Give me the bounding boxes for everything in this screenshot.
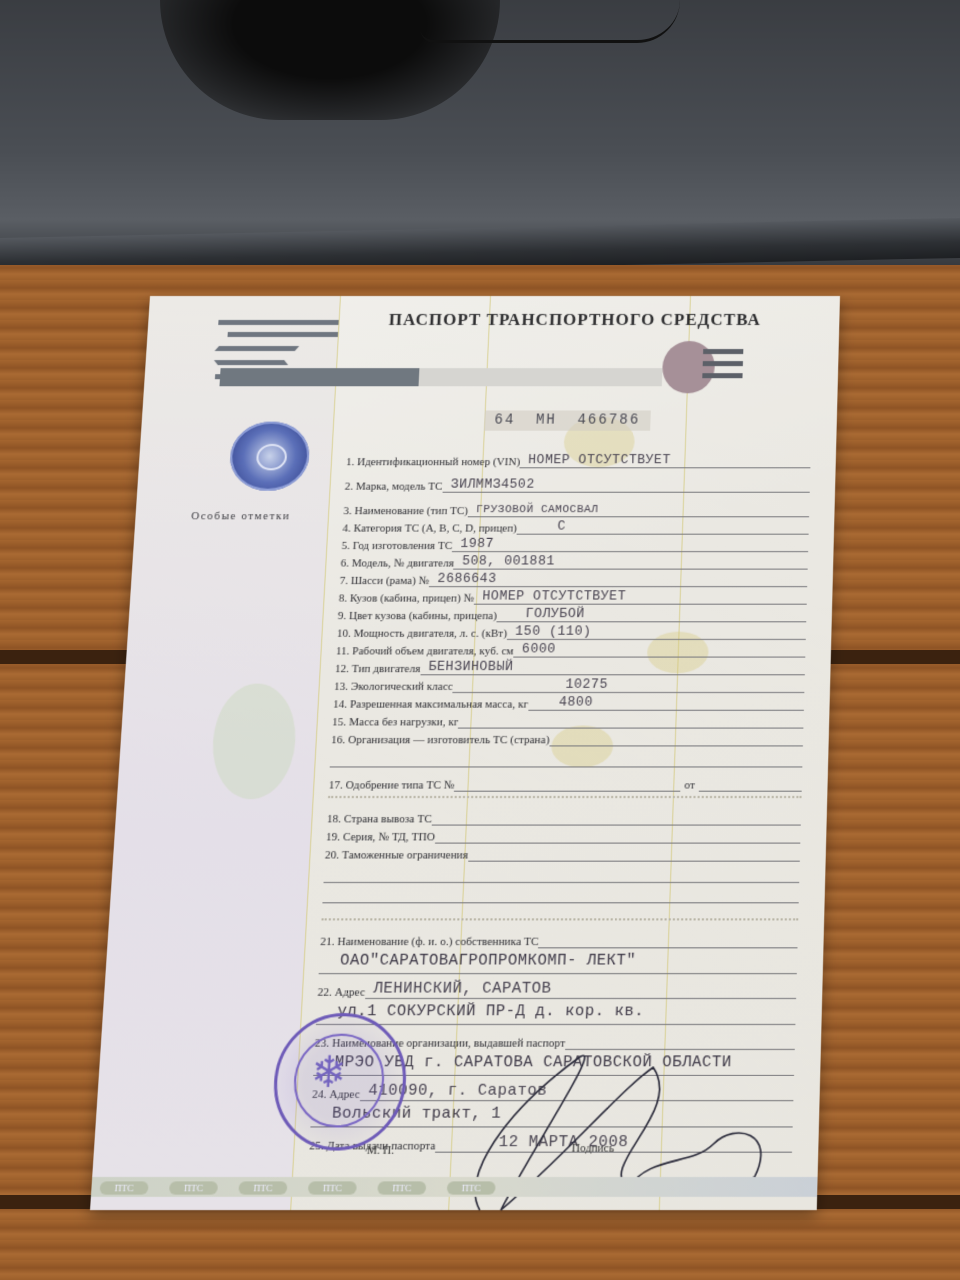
field-label: Цвет кузова (кабины, прицепа) bbox=[349, 610, 497, 622]
blank-line bbox=[330, 748, 803, 768]
field-label: Кузов (кабина, прицеп) № bbox=[350, 592, 475, 604]
special-marks-label: Особые отметки bbox=[191, 510, 291, 522]
field-number: 10. bbox=[337, 627, 352, 639]
owner-address-line1: ЛЕНИНСКИЙ, САРАТОВ bbox=[365, 980, 797, 999]
blank-line bbox=[322, 883, 799, 903]
field-label: Таможенные ограничения bbox=[342, 849, 469, 862]
field-label: Серия, № ТД, ТПО bbox=[343, 831, 436, 844]
car-emblem-icon bbox=[662, 341, 744, 393]
field-row: 4. Категория ТС (A, B, C, D, прицеп)C bbox=[342, 518, 809, 534]
field-value: 6000 bbox=[513, 641, 805, 658]
field-label: Рабочий объем двигателя, куб. см bbox=[352, 645, 514, 657]
field-label: Адрес bbox=[334, 986, 365, 999]
owner-address-row: 22. АдресЛЕНИНСКИЙ, САРАТОВ bbox=[317, 974, 797, 999]
field-value: БЕНЗИНОВЫЙ bbox=[420, 659, 805, 676]
field-number: 20. bbox=[325, 849, 340, 862]
security-strip bbox=[219, 368, 662, 386]
field-number: 15. bbox=[332, 716, 347, 729]
field-value: 4800 bbox=[528, 694, 804, 711]
field-value: НОМЕР ОТСУТСТВУЕТ bbox=[520, 452, 811, 468]
field-label: Тип двигателя bbox=[352, 663, 421, 675]
field-row: 6. Модель, № двигателя508, 001881 bbox=[340, 553, 808, 569]
field-value: ЗИЛММЗ4502 bbox=[442, 476, 810, 492]
field-row: 10. Мощность двигателя, л. с. (кВт)150 (… bbox=[337, 623, 807, 640]
field-label: Марка, модель ТС bbox=[356, 481, 443, 493]
field-number: 12. bbox=[335, 663, 350, 675]
field-number: 11. bbox=[336, 645, 350, 657]
field-row: 5. Год изготовления ТС1987 bbox=[341, 536, 808, 552]
field-row: 17. Одобрение типа ТС №от bbox=[328, 767, 802, 791]
field-value bbox=[431, 825, 800, 826]
section-divider bbox=[321, 918, 798, 927]
vehicle-passport-document: ПАСПОРТ ТРАНСПОРТНОГО СРЕДСТВА 64 МН 466… bbox=[90, 296, 840, 1210]
field-row: 8. Кузов (кабина, прицеп) №НОМЕР ОТСУТСТ… bbox=[338, 588, 807, 605]
owner-address-line2: ул.1 СОКУРСКИЙ ПР-Д д. кор. кв. bbox=[316, 1000, 796, 1025]
field-number: 3. bbox=[343, 505, 352, 517]
field-value bbox=[435, 843, 801, 844]
field-row: 14. Разрешенная максимальная масса, кг48… bbox=[333, 694, 805, 711]
field-label: Мощность двигателя, л. с. (кВт) bbox=[353, 627, 507, 639]
owner-row: 21. Наименование (ф. и. о.) собственника… bbox=[320, 931, 798, 948]
document-title: ПАСПОРТ ТРАНСПОРТНОГО СРЕДСТВА bbox=[388, 310, 761, 330]
field-value: 508, 001881 bbox=[454, 553, 809, 569]
field-number: 6. bbox=[340, 557, 349, 569]
field-value: 150 (110) bbox=[507, 623, 807, 640]
field-row: 15. Масса без нагрузки, кг bbox=[332, 712, 804, 729]
field-label: Экологический класс bbox=[351, 681, 454, 694]
field-value bbox=[458, 728, 803, 729]
field-label: Идентификационный номер (VIN) bbox=[357, 456, 520, 468]
field-label: Одобрение типа ТС № bbox=[345, 779, 454, 792]
field-label: Страна вывоза ТС bbox=[344, 813, 433, 826]
field-number: 4. bbox=[342, 522, 351, 534]
field-label: Организация — изготовитель ТС (страна) bbox=[348, 734, 550, 747]
field-value-date bbox=[699, 791, 802, 792]
field-value: 2686643 bbox=[429, 571, 808, 587]
field-number: 22. bbox=[317, 986, 332, 999]
field-row: 18. Страна вывоза ТС bbox=[327, 809, 802, 826]
field-number: 7. bbox=[339, 575, 348, 587]
band-label: ПТС bbox=[169, 1181, 218, 1194]
field-row: 9. Цвет кузова (кабины, прицепа)ГОЛУБОЙ bbox=[337, 606, 806, 623]
field-row: 2. Марка, модель ТСЗИЛММЗ4502 bbox=[344, 469, 810, 492]
field-number: 18. bbox=[327, 813, 342, 826]
band-label: ПТС bbox=[99, 1181, 148, 1194]
band-label: ПТС bbox=[377, 1181, 426, 1194]
field-value bbox=[549, 745, 803, 746]
passport-serial-number: 64 МН 466786 bbox=[484, 410, 651, 430]
field-row: 20. Таможенные ограничения bbox=[325, 845, 801, 862]
field-label: Масса без нагрузки, кг bbox=[349, 716, 459, 729]
band-label: ПТС bbox=[308, 1181, 357, 1194]
field-number: 5. bbox=[341, 540, 350, 552]
field-value bbox=[468, 861, 800, 862]
field-value: 1987 bbox=[452, 536, 809, 552]
field-number: 16. bbox=[331, 734, 346, 747]
field-label: Разрешенная максимальная масса, кг bbox=[350, 698, 529, 711]
field-value bbox=[454, 791, 680, 792]
field-row: 7. Шасси (рама) №2686643 bbox=[339, 571, 807, 587]
section-divider bbox=[328, 796, 802, 804]
field-number: 9. bbox=[337, 610, 346, 622]
field-row: 11. Рабочий объем двигателя, куб. см6000 bbox=[336, 641, 806, 658]
blank-line bbox=[323, 863, 799, 883]
band-label: ПТС bbox=[238, 1181, 287, 1194]
field-value: C bbox=[517, 518, 809, 534]
mouse-cable bbox=[420, 0, 680, 43]
field-value: ГРУЗОВОЙ САМОСВАЛ bbox=[468, 504, 810, 517]
field-label: Категория ТС (A, B, C, D, прицеп) bbox=[353, 522, 517, 534]
field-value bbox=[538, 947, 797, 948]
laptop-lid bbox=[0, 0, 960, 275]
field-number: 13. bbox=[334, 681, 349, 694]
field-row: 19. Серия, № ТД, ТПО bbox=[326, 827, 801, 844]
owner-name: ОАО"САРАТОВАГРОПРОМКОМП- ЛЕКТ" bbox=[319, 949, 798, 974]
field-row: 1. Идентификационный номер (VIN)НОМЕР ОТ… bbox=[346, 445, 811, 468]
field-number: 1. bbox=[346, 456, 355, 468]
field-label: Наименование (ф. и. о.) собственника ТС bbox=[337, 935, 539, 948]
field-label: Год изготовления ТС bbox=[352, 540, 452, 552]
band-label: ПТС bbox=[447, 1181, 496, 1194]
field-value: НОМЕР ОТСУТСТВУЕТ bbox=[474, 588, 807, 605]
field-number: 17. bbox=[328, 779, 343, 792]
field-number: 21. bbox=[320, 935, 335, 948]
field-number: 14. bbox=[333, 698, 348, 711]
field-label: Модель, № двигателя bbox=[351, 557, 454, 569]
field-label: Наименование (тип ТС) bbox=[354, 505, 468, 517]
field-number: 8. bbox=[338, 592, 347, 604]
field-row: 16. Организация — изготовитель ТС (стран… bbox=[331, 730, 804, 747]
double-headed-eagle-icon: ❄ bbox=[310, 1047, 348, 1098]
field-value: ГОЛУБОЙ bbox=[497, 606, 807, 623]
field-row: 13. Экологический класс10275 bbox=[334, 676, 805, 693]
field-number: 2. bbox=[344, 481, 353, 493]
field-label: Шасси (рама) № bbox=[351, 575, 430, 587]
security-band: ПТС ПТС ПТС ПТС ПТС ПТС bbox=[91, 1177, 818, 1197]
field-row: 12. Тип двигателяБЕНЗИНОВЫЙ bbox=[335, 659, 806, 676]
stamp-place-label: М. П. bbox=[367, 1144, 395, 1157]
field-row: 3. Наименование (тип ТС)ГРУЗОВОЙ САМОСВА… bbox=[343, 494, 810, 518]
field-suffix: от bbox=[680, 779, 699, 792]
field-number: 19. bbox=[326, 831, 341, 844]
field-value: 10275 bbox=[453, 676, 805, 693]
